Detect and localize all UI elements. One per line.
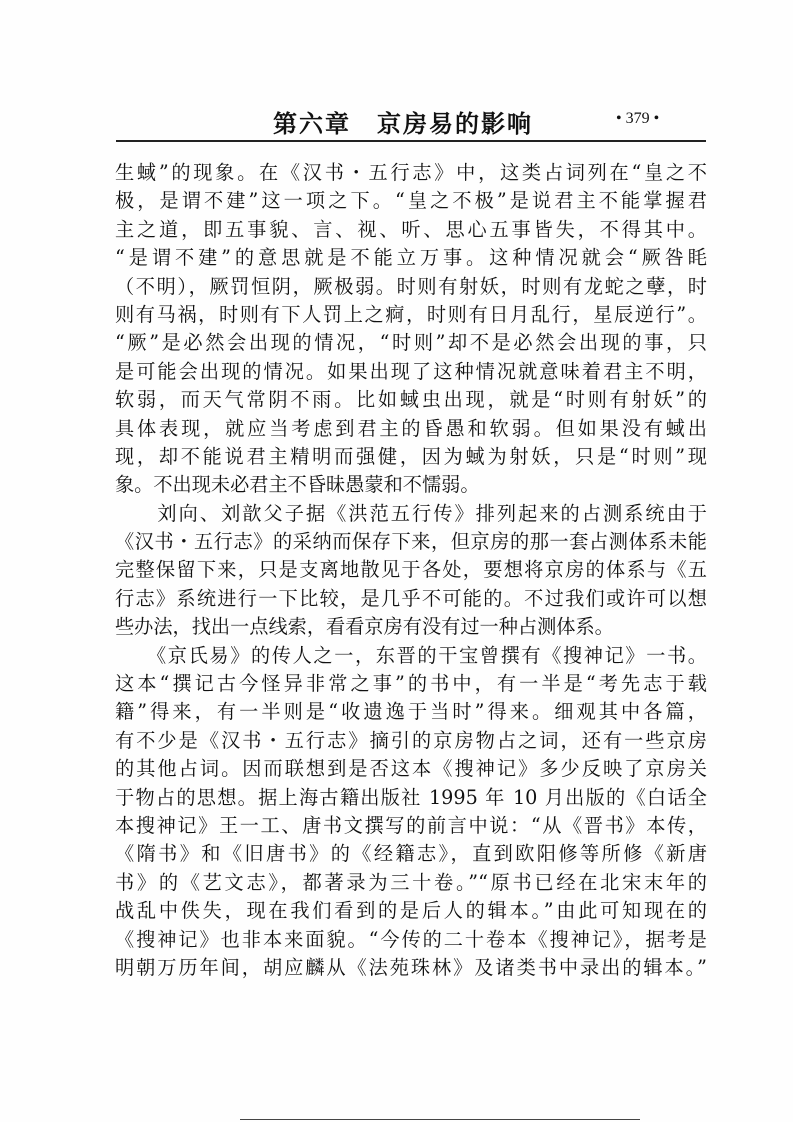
text-line: 完整保留下来，只是支离地散见于各处，要想将京房的体系与《五	[115, 556, 707, 584]
text-line: 刘向、刘歆父子据《洪范五行传》排列起来的占测系统由于	[115, 500, 707, 528]
running-header: 第六章 京房易的影响 • 379 •	[116, 100, 706, 140]
text-line: 极，是谓不建”这一项之下。“皇之不极”是说君主不能掌握君	[115, 187, 707, 215]
text-line: 现，却不能说君主精明而强健，因为蜮为射妖，只是“时则”现	[115, 443, 707, 471]
chapter-title: 第六章 京房易的影响	[273, 104, 533, 139]
text-line: 的其他占词。因而联想到是否这本《搜神记》多少反映了京房关	[115, 755, 707, 783]
text-line: “是谓不建”的意思就是不能立万事。这种情况就会“厥咎眊	[115, 244, 707, 272]
text-line: 籍”得来，有一半则是“收遗逸于当时”得来。细观其中各篇，	[115, 698, 707, 726]
body-text: 生蜮”的现象。在《汉书・五行志》中，这类占词列在“皇之不 极，是谓不建”这一项之…	[115, 159, 707, 982]
text-line: 于物占的思想。据上海古籍出版社 1995 年 10 月出版的《白话全	[115, 784, 707, 812]
text-line: 象。不出现未必君主不昏昧愚蒙和不懦弱。	[115, 471, 707, 499]
text-line: 则有马祸，时则有下人罚上之痾，时则有日月乱行，星辰逆行”。	[115, 301, 707, 329]
text-line: 《京氏易》的传人之一，东晋的干宝曾撰有《搜神记》一书。	[115, 642, 707, 670]
text-line: 主之道，即五事貌、言、视、听、思心五事皆失，不得其中。	[115, 216, 707, 244]
text-line: 具体表现，就应当考虑到君主的昏愚和软弱。但如果没有蜮出	[115, 415, 707, 443]
text-line: 有不少是《汉书・五行志》摘引的京房物占之词，还有一些京房	[115, 727, 707, 755]
text-line: 明朝万历年间，胡应麟从《法苑珠林》及诸类书中录出的辑本。”	[115, 954, 707, 982]
text-line: “厥”是必然会出现的情况，“时则”却不是必然会出现的事，只	[115, 329, 707, 357]
text-line: 《汉书・五行志》的采纳而保存下来，但京房的那一套占测体系未能	[115, 528, 707, 556]
text-line: 《搜神记》也非本来面貌。“今传的二十卷本《搜神记》，据考是	[115, 926, 707, 954]
text-line: 软弱，而天气常阴不雨。比如蜮虫出现，就是“时则有射妖”的	[115, 386, 707, 414]
text-line: 行志》系统进行一下比较，是几乎不可能的。不过我们或许可以想	[115, 585, 707, 613]
text-line: 些办法，找出一点线索，看看京房有没有过一种占测体系。	[115, 613, 707, 641]
text-line: 战乱中佚失，现在我们看到的是后人的辑本。”由此可知现在的	[115, 897, 707, 925]
page-number: • 379 •	[616, 110, 659, 128]
book-page: 第六章 京房易的影响 • 379 • 生蜮”的现象。在《汉书・五行志》中，这类占…	[0, 0, 793, 1122]
text-line: 本搜神记》王一工、唐书文撰写的前言中说：“从《晋书》本传，	[115, 812, 707, 840]
text-line: 书》的《艺文志》，都著录为三十卷。”“原书已经在北宋末年的	[115, 869, 707, 897]
header-rule	[116, 140, 706, 142]
text-line: 生蜮”的现象。在《汉书・五行志》中，这类占词列在“皇之不	[115, 159, 707, 187]
text-line: （不明），厥罚恒阴，厥极弱。时则有射妖，时则有龙蛇之孽，时	[115, 273, 707, 301]
text-line: 《隋书》和《旧唐书》的《经籍志》，直到欧阳修等所修《新唐	[115, 840, 707, 868]
footer-scan-edge	[240, 1119, 640, 1120]
text-line: 是可能会出现的情况。如果出现了这种情况就意味着君主不明，	[115, 358, 707, 386]
text-line: 这本“撰记古今怪异非常之事”的书中，有一半是“考先志于载	[115, 670, 707, 698]
